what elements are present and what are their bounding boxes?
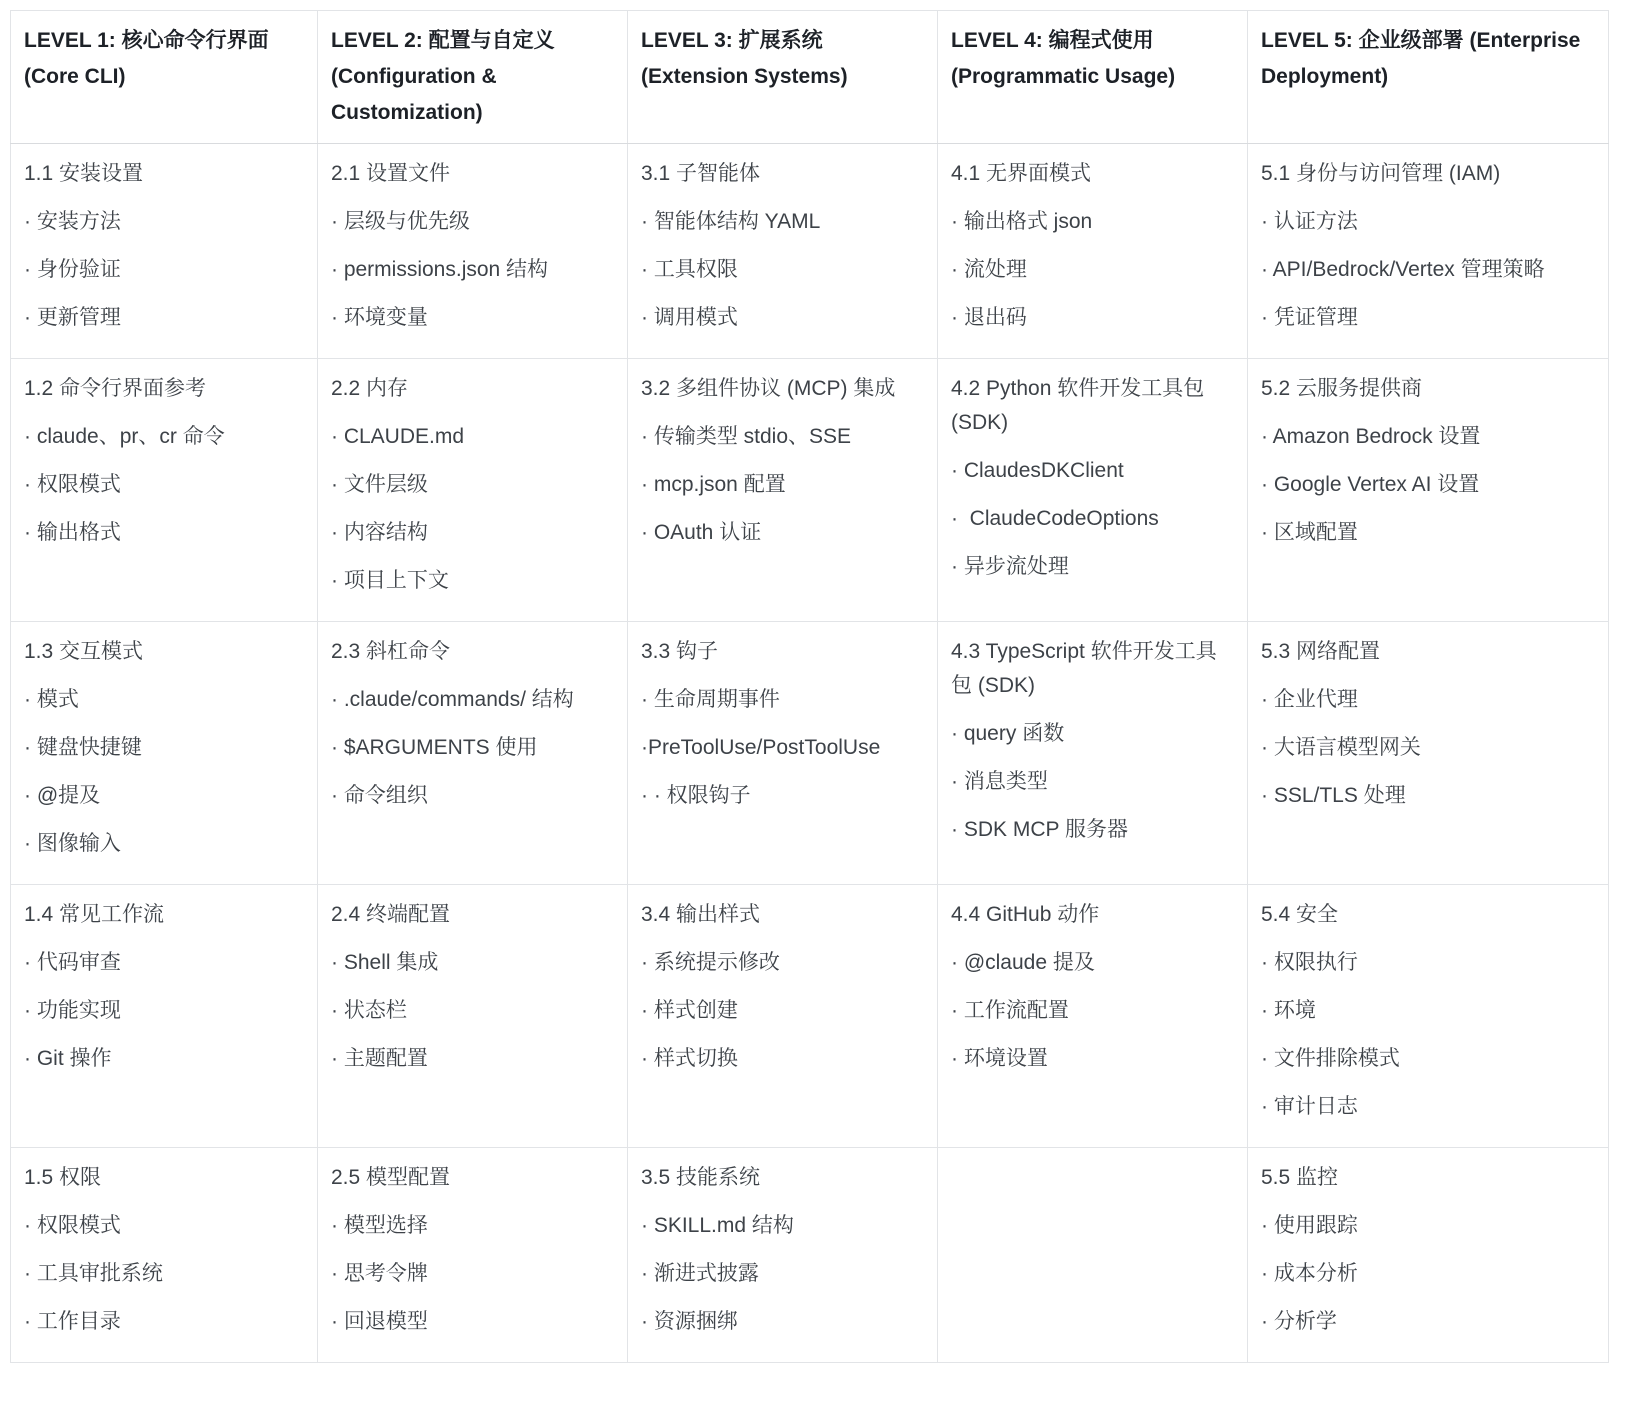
table-cell-r1-c2: 2.1 设置文件· 层级与优先级· permissions.json 结构· 环… [318,144,628,359]
section-title: 1.3 交互模式 [24,635,304,669]
table-cell-r3-c4: 4.3 TypeScript 软件开发工具包 (SDK)· query 函数· … [938,622,1248,885]
bullet-item: · 环境 [1261,994,1595,1028]
bullet-item: · 安装方法 [24,205,304,239]
bullet-item: · 企业代理 [1261,683,1595,717]
table-cell-r2-c3: 3.2 多组件协议 (MCP) 集成· 传输类型 stdio、SSE· mcp.… [628,359,938,622]
bullet-item: · 系统提示修改 [641,946,924,980]
section-title: 4.4 GitHub 动作 [951,898,1234,932]
bullet-item: · @提及 [24,779,304,813]
bullet-item: · 认证方法 [1261,205,1595,239]
section-title: 3.2 多组件协议 (MCP) 集成 [641,372,924,406]
section-title: 3.5 技能系统 [641,1161,924,1195]
bullet-item: · 样式切换 [641,1042,924,1076]
bullet-item: · 环境变量 [331,301,614,335]
bullet-item: · 内容结构 [331,516,614,550]
document-page: LEVEL 1: 核心命令行界面 (Core CLI)LEVEL 2: 配置与自… [0,0,1626,1406]
bullet-item: · Git 操作 [24,1042,304,1076]
bullet-item: · query 函数 [951,717,1234,751]
bullet-item: · 功能实现 [24,994,304,1028]
bullet-item: · ClaudeCodeOptions [951,502,1234,536]
section-title: 3.4 输出样式 [641,898,924,932]
bullet-item: · 权限执行 [1261,946,1595,980]
table-cell-r3-c3: 3.3 钩子· 生命周期事件·PreToolUse/PostToolUse· ·… [628,622,938,885]
bullet-item: · 环境设置 [951,1042,1234,1076]
section-title: 3.3 钩子 [641,635,924,669]
table-cell-r2-c1: 1.2 命令行界面参考· claude、pr、cr 命令· 权限模式· 输出格式 [11,359,318,622]
table-cell-r4-c5: 5.4 安全· 权限执行· 环境· 文件排除模式· 审计日志 [1248,885,1609,1148]
bullet-item: · 退出码 [951,301,1234,335]
bullet-item: ·PreToolUse/PostToolUse [641,731,924,765]
section-title: 5.1 身份与访问管理 (IAM) [1261,157,1595,191]
table-row: 1.5 权限· 权限模式· 工具审批系统· 工作目录2.5 模型配置· 模型选择… [11,1148,1609,1363]
column-header-level-4: LEVEL 4: 编程式使用 (Programmatic Usage) [938,11,1248,144]
bullet-item: · OAuth 认证 [641,516,924,550]
bullet-item: · 异步流处理 [951,550,1234,584]
bullet-item: · 渐进式披露 [641,1257,924,1291]
section-title: 5.5 监控 [1261,1161,1595,1195]
section-title: 5.3 网络配置 [1261,635,1595,669]
bullet-item: · 层级与优先级 [331,205,614,239]
table-cell-r2-c5: 5.2 云服务提供商· Amazon Bedrock 设置· Google Ve… [1248,359,1609,622]
bullet-item: · · 权限钩子 [641,779,924,813]
bullet-item: · Amazon Bedrock 设置 [1261,420,1595,454]
bullet-item: · CLAUDE.md [331,420,614,454]
table-row: 1.3 交互模式· 模式· 键盘快捷键· @提及· 图像输入2.3 斜杠命令· … [11,622,1609,885]
bullet-item: · 工具权限 [641,253,924,287]
section-title: 2.5 模型配置 [331,1161,614,1195]
bullet-item: · 权限模式 [24,468,304,502]
bullet-item: · 主题配置 [331,1042,614,1076]
bullet-item: · @claude 提及 [951,946,1234,980]
section-title: 1.1 安装设置 [24,157,304,191]
table-cell-r1-c3: 3.1 子智能体· 智能体结构 YAML· 工具权限· 调用模式 [628,144,938,359]
bullet-item: · 命令组织 [331,779,614,813]
table-cell-r2-c4: 4.2 Python 软件开发工具包 (SDK)· ClaudesDKClien… [938,359,1248,622]
bullet-item: · 输出格式 json [951,205,1234,239]
bullet-item: · mcp.json 配置 [641,468,924,502]
column-header-level-3: LEVEL 3: 扩展系统 (Extension Systems) [628,11,938,144]
bullet-item: · 回退模型 [331,1305,614,1339]
bullet-item: · ClaudesDKClient [951,454,1234,488]
section-title: 2.2 内存 [331,372,614,406]
section-title: 2.1 设置文件 [331,157,614,191]
section-title: 3.1 子智能体 [641,157,924,191]
bullet-item: · 权限模式 [24,1209,304,1243]
column-header-level-5: LEVEL 5: 企业级部署 (Enterprise Deployment) [1248,11,1609,144]
section-title: 1.2 命令行界面参考 [24,372,304,406]
bullet-item: · 模型选择 [331,1209,614,1243]
bullet-item: · claude、pr、cr 命令 [24,420,304,454]
bullet-item: · SDK MCP 服务器 [951,813,1234,847]
table-cell-r4-c4: 4.4 GitHub 动作· @claude 提及· 工作流配置· 环境设置 [938,885,1248,1148]
bullet-item: · 区域配置 [1261,516,1595,550]
table-cell-r5-c2: 2.5 模型配置· 模型选择· 思考令牌· 回退模型 [318,1148,628,1363]
section-title: 2.4 终端配置 [331,898,614,932]
table-cell-r3-c2: 2.3 斜杠命令· .claude/commands/ 结构· $ARGUMEN… [318,622,628,885]
bullet-item: · .claude/commands/ 结构 [331,683,614,717]
bullet-item: · 工作目录 [24,1305,304,1339]
bullet-item: · 输出格式 [24,516,304,550]
table-cell-r4-c1: 1.4 常见工作流· 代码审查· 功能实现· Git 操作 [11,885,318,1148]
bullet-item: · 审计日志 [1261,1090,1595,1124]
bullet-item: · 智能体结构 YAML [641,205,924,239]
column-header-level-1: LEVEL 1: 核心命令行界面 (Core CLI) [11,11,318,144]
header-row: LEVEL 1: 核心命令行界面 (Core CLI)LEVEL 2: 配置与自… [11,11,1609,144]
section-title: 4.3 TypeScript 软件开发工具包 (SDK) [951,635,1234,703]
curriculum-table: LEVEL 1: 核心命令行界面 (Core CLI)LEVEL 2: 配置与自… [10,10,1609,1363]
table-cell-r3-c1: 1.3 交互模式· 模式· 键盘快捷键· @提及· 图像输入 [11,622,318,885]
bullet-item: · $ARGUMENTS 使用 [331,731,614,765]
section-title: 1.4 常见工作流 [24,898,304,932]
section-title: 2.3 斜杠命令 [331,635,614,669]
table-row: 1.4 常见工作流· 代码审查· 功能实现· Git 操作2.4 终端配置· S… [11,885,1609,1148]
table-cell-r5-c1: 1.5 权限· 权限模式· 工具审批系统· 工作目录 [11,1148,318,1363]
bullet-item: · 文件排除模式 [1261,1042,1595,1076]
section-title: 4.2 Python 软件开发工具包 (SDK) [951,372,1234,440]
table-cell-r4-c3: 3.4 输出样式· 系统提示修改· 样式创建· 样式切换 [628,885,938,1148]
bullet-item: · 生命周期事件 [641,683,924,717]
bullet-item: · 流处理 [951,253,1234,287]
bullet-item: · 凭证管理 [1261,301,1595,335]
table-row: 1.2 命令行界面参考· claude、pr、cr 命令· 权限模式· 输出格式… [11,359,1609,622]
table-cell-r5-c4 [938,1148,1248,1363]
bullet-item: · Shell 集成 [331,946,614,980]
bullet-item: · 身份验证 [24,253,304,287]
bullet-item: · 分析学 [1261,1305,1595,1339]
bullet-item: · SSL/TLS 处理 [1261,779,1595,813]
bullet-item: · 更新管理 [24,301,304,335]
bullet-item: · 图像输入 [24,827,304,861]
section-title: 5.4 安全 [1261,898,1595,932]
bullet-item: · 样式创建 [641,994,924,1028]
bullet-item: · 大语言模型网关 [1261,731,1595,765]
bullet-item: · 项目上下文 [331,564,614,598]
section-title: 5.2 云服务提供商 [1261,372,1595,406]
bullet-item: · 键盘快捷键 [24,731,304,765]
bullet-item: · API/Bedrock/Vertex 管理策略 [1261,253,1595,287]
bullet-item: · 文件层级 [331,468,614,502]
bullet-item: · 成本分析 [1261,1257,1595,1291]
table-cell-r5-c5: 5.5 监控· 使用跟踪· 成本分析· 分析学 [1248,1148,1609,1363]
bullet-item: · 使用跟踪 [1261,1209,1595,1243]
bullet-item: · Google Vertex AI 设置 [1261,468,1595,502]
table-cell-r3-c5: 5.3 网络配置· 企业代理· 大语言模型网关· SSL/TLS 处理 [1248,622,1609,885]
bullet-item: · 工作流配置 [951,994,1234,1028]
table-cell-r1-c4: 4.1 无界面模式· 输出格式 json· 流处理· 退出码 [938,144,1248,359]
bullet-item: · 思考令牌 [331,1257,614,1291]
table-cell-r4-c2: 2.4 终端配置· Shell 集成· 状态栏· 主题配置 [318,885,628,1148]
bullet-item: · 工具审批系统 [24,1257,304,1291]
table-cell-r1-c5: 5.1 身份与访问管理 (IAM)· 认证方法· API/Bedrock/Ver… [1248,144,1609,359]
bullet-item: · 消息类型 [951,765,1234,799]
bullet-item: · 状态栏 [331,994,614,1028]
column-header-level-2: LEVEL 2: 配置与自定义 (Configuration & Customi… [318,11,628,144]
section-title: 1.5 权限 [24,1161,304,1195]
table-row: 1.1 安装设置· 安装方法· 身份验证· 更新管理2.1 设置文件· 层级与优… [11,144,1609,359]
bullet-item: · 传输类型 stdio、SSE [641,420,924,454]
bullet-item: · permissions.json 结构 [331,253,614,287]
table-cell-r2-c2: 2.2 内存· CLAUDE.md· 文件层级· 内容结构· 项目上下文 [318,359,628,622]
bullet-item: · 调用模式 [641,301,924,335]
section-title: 4.1 无界面模式 [951,157,1234,191]
bullet-item: · 模式 [24,683,304,717]
table-cell-r5-c3: 3.5 技能系统· SKILL.md 结构· 渐进式披露· 资源捆绑 [628,1148,938,1363]
bullet-item: · 资源捆绑 [641,1305,924,1339]
bullet-item: · 代码审查 [24,946,304,980]
table-cell-r1-c1: 1.1 安装设置· 安装方法· 身份验证· 更新管理 [11,144,318,359]
bullet-item: · SKILL.md 结构 [641,1209,924,1243]
